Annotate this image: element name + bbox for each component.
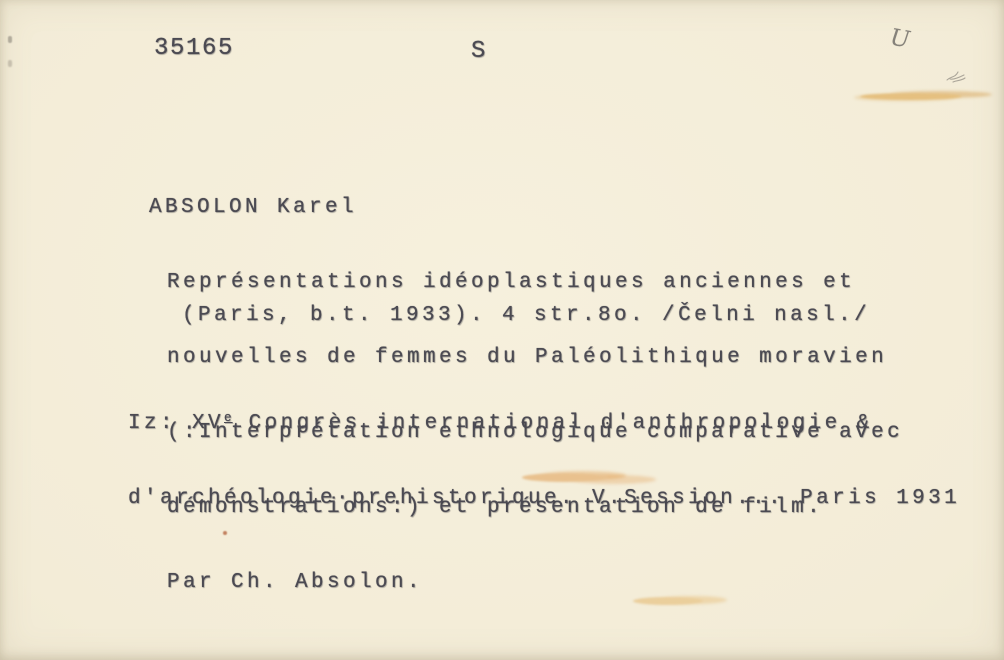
title-line-5: Par Ch. Absolon.	[149, 570, 903, 595]
orange-stain-top	[860, 93, 962, 100]
source-line-1-rest: Congrès international d'anthropologie &	[233, 412, 873, 435]
catalog-card: 35165 S U ABSOLON Karel Représentations …	[0, 0, 1004, 660]
catalog-number: 35165	[154, 36, 234, 62]
source-block: Iz: XVe Congrès international d'anthropo…	[128, 356, 960, 561]
edge-speck	[8, 36, 12, 43]
source-line-2: d'archéologie·prehistorique. V.Session..…	[128, 486, 960, 511]
pencil-tick-mark: U	[886, 25, 913, 53]
source-line-1: Iz: XVe Congrès international d'anthropo…	[128, 406, 960, 436]
entry-heading: ABSOLON Karel	[149, 195, 903, 220]
pencil-scribble-mark	[944, 66, 968, 86]
imprint-line: (Paris, b.t. 1933). 4 str.8o. /Čelni nas…	[182, 303, 870, 328]
ordinal-superscript: e	[224, 411, 233, 425]
source-line-1-prefix: Iz: XV	[128, 412, 224, 435]
title-line-1: Représentations idéoplastiques anciennes…	[149, 270, 903, 295]
section-letter: S	[471, 39, 487, 65]
